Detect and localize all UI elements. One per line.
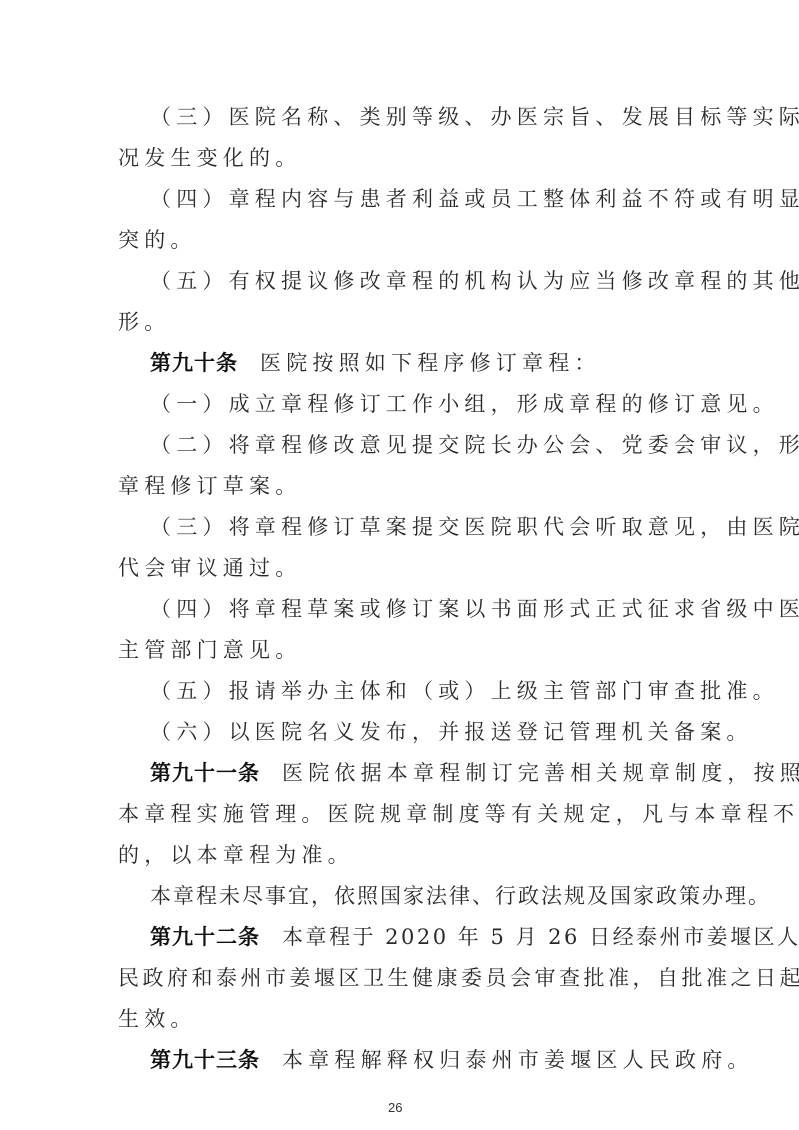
- article-text: 医院依据本章程制订完善相关规章制度，按照: [282, 761, 799, 785]
- text-line: 本章程实施管理。医院规章制度等有关规定，凡与本章程不一致: [118, 801, 799, 827]
- text-line: 况发生变化的。: [118, 145, 301, 171]
- article-91: 第九十一条医院依据本章程制订完善相关规章制度，按照: [150, 760, 799, 786]
- text-line: 主管部门意见。: [118, 637, 301, 663]
- page-number: 26: [388, 1100, 402, 1115]
- text-line: 章程修订草案。: [118, 473, 301, 499]
- text-line: （一）成立章程修订工作小组，形成章程的修订意见。: [150, 391, 779, 417]
- text-line: 民政府和泰州市姜堰区卫生健康委员会审查批准，自批准之日起: [118, 965, 799, 991]
- document-page: （三）医院名称、类别等级、办医宗旨、发展目标等实际情 况发生变化的。 （四）章程…: [0, 0, 799, 1130]
- article-93: 第九十三条本章程解释权归泰州市姜堰区人民政府。: [150, 1047, 754, 1073]
- text-line: 突的。: [118, 227, 197, 253]
- article-heading: 第九十二条: [150, 925, 260, 949]
- text-line: 本章程未尽事宜，依照国家法律、行政法规及国家政策办理。: [150, 883, 771, 909]
- text-line: 形。: [118, 309, 170, 335]
- article-heading: 第九十条: [150, 351, 238, 375]
- article-text: 医院按照如下程序修订章程：: [260, 351, 601, 375]
- text-line: （六）以医院名义发布，并报送登记管理机关备案。: [150, 719, 753, 745]
- text-line: （四）章程内容与患者利益或员工整体利益不符或有明显冲: [150, 186, 799, 212]
- text-line: （二）将章程修改意见提交院长办公会、党委会审议，形成: [150, 432, 799, 458]
- article-90: 第九十条医院按照如下程序修订章程：: [150, 350, 601, 376]
- article-heading: 第九十一条: [150, 761, 260, 785]
- article-text: 本章程于 2020 年 5 月 26 日经泰州市姜堰区人: [282, 925, 799, 949]
- text-line: 的，以本章程为准。: [118, 842, 354, 868]
- article-text: 本章程解释权归泰州市姜堰区人民政府。: [282, 1048, 754, 1072]
- article-92: 第九十二条本章程于 2020 年 5 月 26 日经泰州市姜堰区人: [150, 924, 799, 950]
- text-line: （五）有权提议修改章程的机构认为应当修改章程的其他情: [150, 268, 799, 294]
- text-line: （五）报请举办主体和（或）上级主管部门审查批准。: [150, 678, 779, 704]
- text-line: （三）医院名称、类别等级、办医宗旨、发展目标等实际情: [150, 104, 799, 130]
- text-line: （三）将章程修订草案提交医院职代会听取意见，由医院职: [150, 514, 799, 540]
- text-line: 代会审议通过。: [118, 555, 301, 581]
- text-line: （四）将章程草案或修订案以书面形式正式征求省级中医药: [150, 596, 799, 622]
- text-line: 生效。: [118, 1006, 197, 1032]
- article-heading: 第九十三条: [150, 1048, 260, 1072]
